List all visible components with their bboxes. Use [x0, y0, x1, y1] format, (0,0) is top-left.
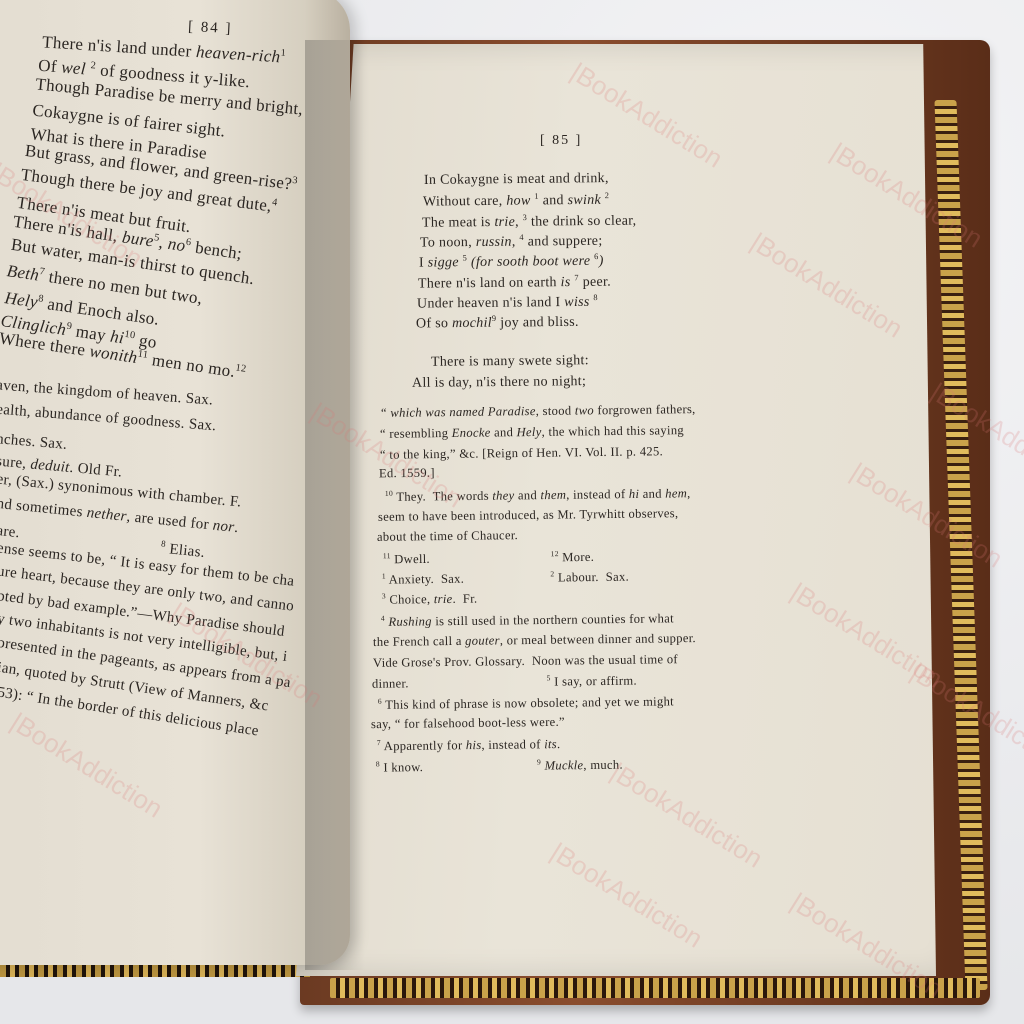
footnote-line: “ to the king,” &c. [Reign of Hen. VI. V… [380, 444, 663, 462]
verse-line: Under heaven n'is land I wiss 8 [417, 293, 598, 313]
page-number: [ 85 ] [540, 133, 582, 149]
verse-line: Of so mochil9 joy and bliss. [416, 313, 579, 332]
footnote-line: Ed. 1559.] [379, 466, 435, 482]
footnote-line: 11 Dwell. 12 More. [376, 548, 594, 567]
footnote-line: 7 Apparently for his, instead of its. [370, 736, 561, 755]
verse-line: I sigge 5 (for sooth boot were 6) [419, 252, 604, 272]
page-number: [ 84 ] [188, 19, 233, 38]
verse-line: Without care, how 1 and swink 2 [423, 191, 609, 211]
footnote-line: Vide Grose's Prov. Glossary. Noon was th… [373, 652, 678, 671]
gilt-tooled-edge-bottom [330, 978, 980, 998]
verse-line: To noon, russin, 4 and suppere; [420, 232, 603, 252]
footnote-line: about the time of Chaucer. [377, 528, 518, 545]
verse-line: In Cokaygne is meat and drink, [424, 171, 609, 189]
footnote-line: 3 Choice, trie. Fr. [375, 591, 478, 608]
verse-line: There is many swete sight: [431, 353, 589, 371]
footnote-line: nches. Sax. [0, 431, 68, 454]
verse-line: The meat is trie, 3 the drink so clear, [422, 211, 637, 231]
verse-line: All is day, n'is there no night; [412, 374, 586, 392]
verse-line: There n'is land on earth is 7 peer. [418, 272, 611, 292]
footnote-line: 8 I know. 9 Muckle, much. [369, 756, 623, 775]
footnote-line: say, “ for falsehood boot-less were.” [370, 715, 564, 732]
page-84-text: [ 84 ] There n'is land under heaven-rich… [0, 0, 340, 900]
